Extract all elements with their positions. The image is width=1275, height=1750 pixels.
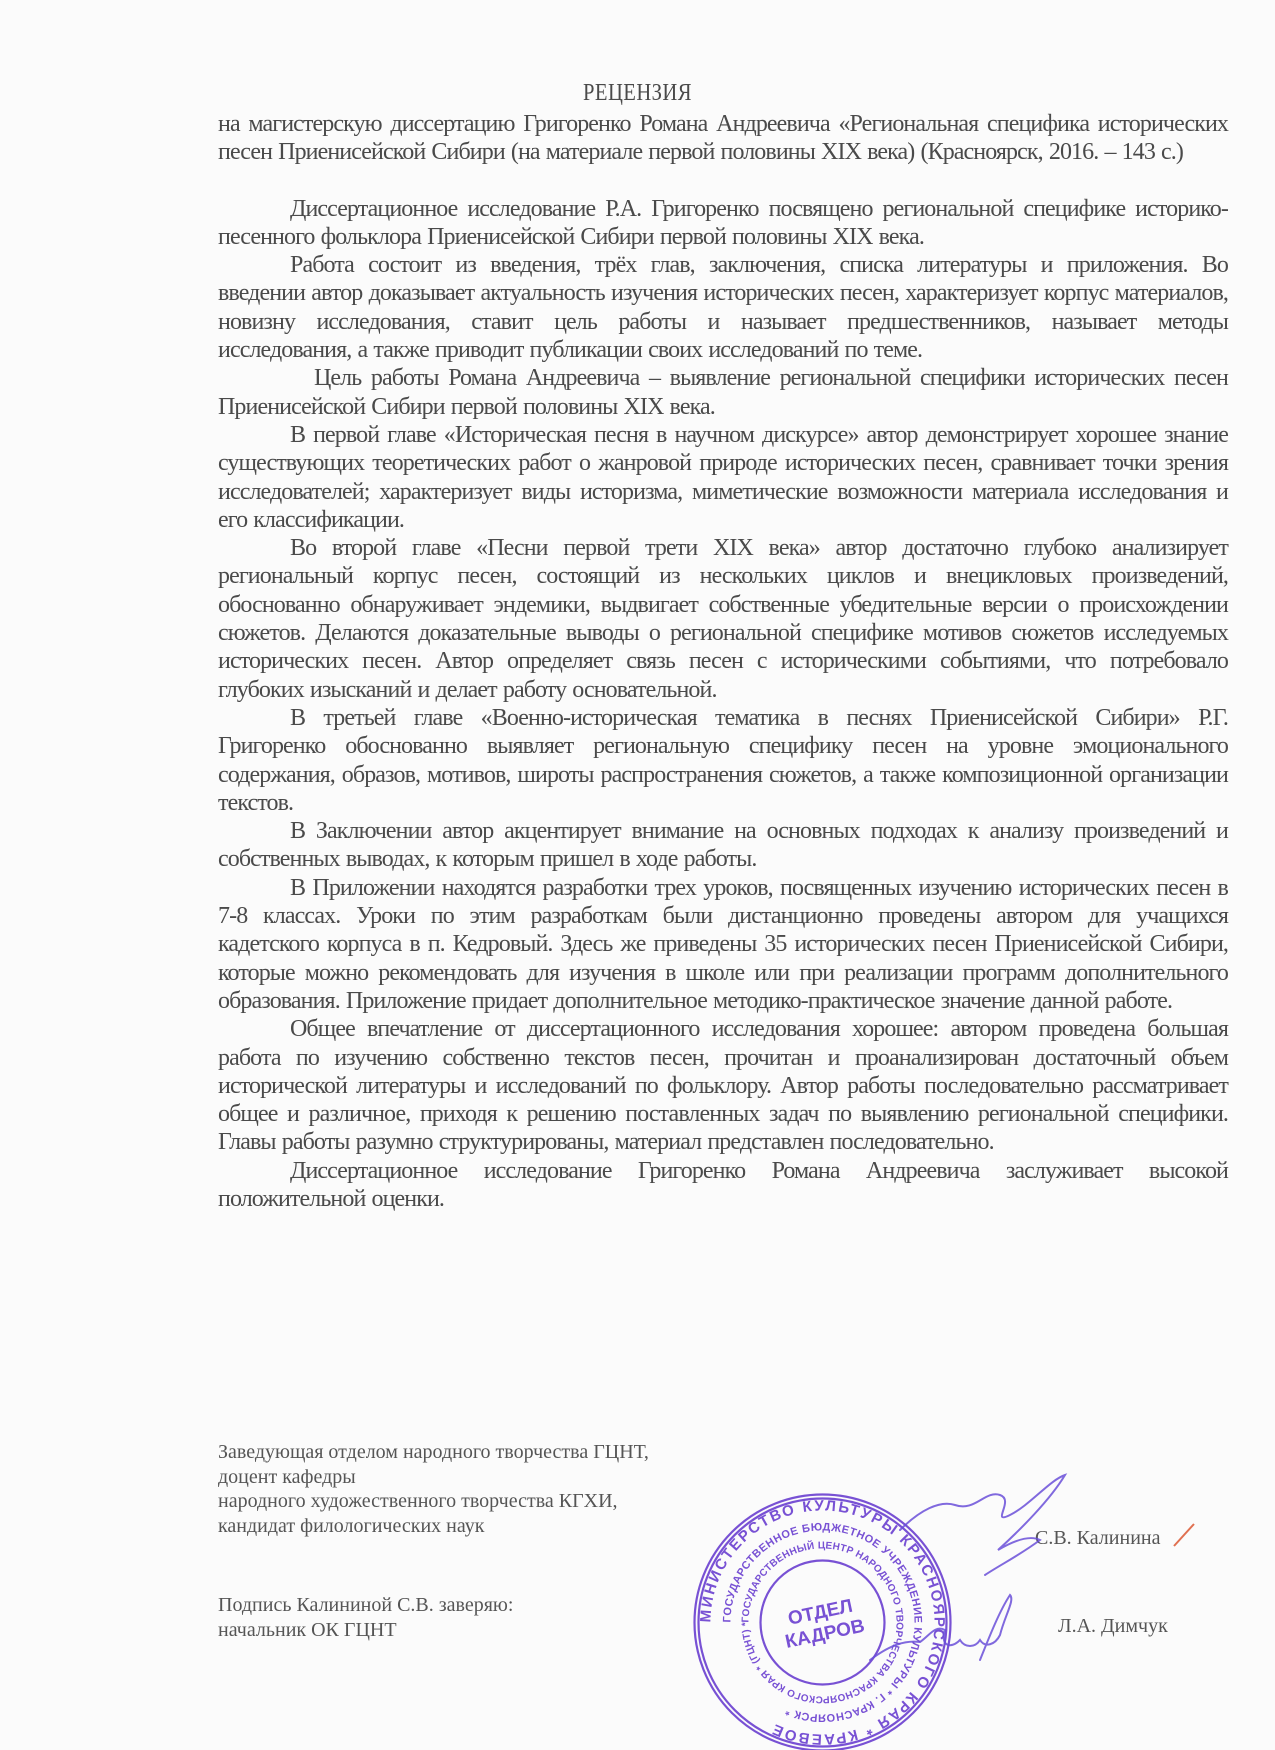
paragraph-chapter-3: В третьей главе «Военно-историческая тем… [218, 704, 1228, 817]
review-document: РЕЦЕНЗИЯ на магистерскую диссертацию Гри… [0, 0, 1275, 1750]
reviewer-degree: кандидат филологических наук [218, 1514, 649, 1539]
paragraph-structure: Работа состоит из введения, трёх глав, з… [218, 251, 1228, 364]
document-body: на магистерскую диссертацию Григоренко Р… [218, 110, 1228, 1213]
paragraph-chapter-2: Во второй главе «Песни первой трети XIX … [218, 534, 1228, 704]
paragraph-conclusion: В Заключении автор акцентирует внимание … [218, 817, 1228, 874]
reviewer-title: доцент кафедры [218, 1465, 649, 1490]
reviewer-signature [880, 1470, 1080, 1580]
paragraph-goal: Цель работы Романа Андреевича – выявлени… [218, 364, 1228, 421]
document-subtitle: на магистерскую диссертацию Григоренко Р… [218, 110, 1228, 167]
document-title: РЕЦЕНЗИЯ [89, 80, 1186, 107]
certification-block: Подпись Калининой С.В. заверяю: начальни… [218, 1593, 513, 1642]
paragraph-verdict: Диссертационное исследование Григоренко … [218, 1157, 1228, 1214]
paragraph-topic: Диссертационное исследование Р.А. Григор… [218, 195, 1228, 252]
paragraph-appendix: В Приложении находятся разработки трех у… [218, 874, 1228, 1015]
certifier-signature [860, 1590, 1020, 1680]
certifier-name: Л.А. Димчук [1058, 1615, 1168, 1638]
reviewer-department: народного художественного творчества КГХ… [218, 1489, 649, 1514]
certifier-position: начальник ОК ГЦНТ [218, 1618, 513, 1643]
reviewer-credentials: Заведующая отделом народного творчества … [218, 1440, 649, 1538]
signature-tick [1170, 1520, 1200, 1550]
certification-statement: Подпись Калининой С.В. заверяю: [218, 1593, 513, 1618]
reviewer-position: Заведующая отделом народного творчества … [218, 1440, 649, 1465]
paragraph-chapter-1: В первой главе «Историческая песня в нау… [218, 421, 1228, 534]
paragraph-overall-impression: Общее впечатление от диссертационного ис… [218, 1015, 1228, 1156]
